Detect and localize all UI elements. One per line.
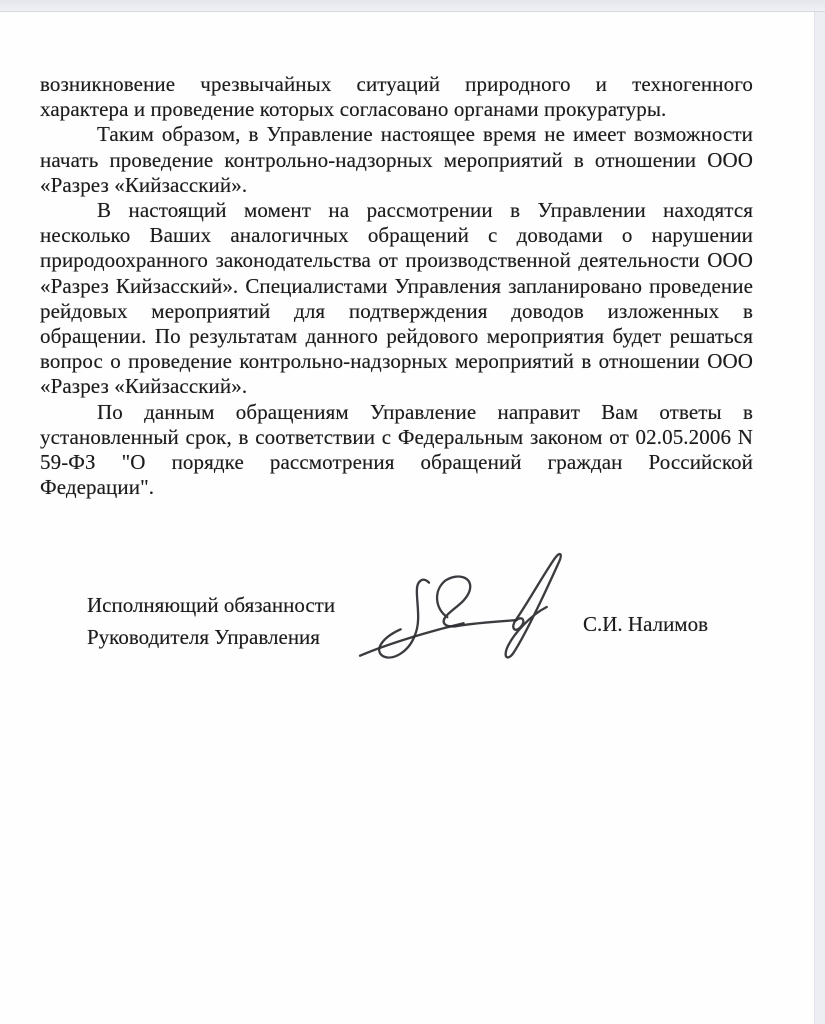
handwritten-signature-icon xyxy=(358,546,566,666)
text-line: Федерации". xyxy=(40,475,753,500)
text-line: В настоящий момент на рассмотрении в Упр… xyxy=(40,198,753,223)
scanned-letter-page: возникновение чрезвычайных ситуаций прир… xyxy=(0,0,825,1024)
signer-title-block: Исполняющий обязанности Руководителя Упр… xyxy=(87,589,335,653)
letter-body-text: возникновение чрезвычайных ситуаций прир… xyxy=(40,72,753,500)
signer-title-line1: Исполняющий обязанности xyxy=(87,589,335,621)
text-line: природоохранного законодательства от про… xyxy=(40,248,753,273)
text-line: По данным обращениям Управление направит… xyxy=(40,400,753,425)
scan-edge-top xyxy=(0,0,825,12)
text-line: «Разрез «Кийзасский». xyxy=(40,173,753,198)
text-line: вопрос о проведение контрольно-надзорных… xyxy=(40,349,753,374)
signer-title-line2: Руководителя Управления xyxy=(87,621,335,653)
text-line: рейдовых мероприятий для подтверждения д… xyxy=(40,299,753,324)
text-line: «Разрез «Кийзасский». xyxy=(40,374,753,399)
text-line: обращении. По результатам данного рейдов… xyxy=(40,324,753,349)
text-line: 59-ФЗ "О порядке рассмотрения обращений … xyxy=(40,450,753,475)
text-line: Таким образом, в Управление настоящее вр… xyxy=(40,122,753,147)
text-line: начать проведение контрольно-надзорных м… xyxy=(40,148,753,173)
scan-edge-right xyxy=(814,0,825,1024)
document-sheet: возникновение чрезвычайных ситуаций прир… xyxy=(0,12,814,1024)
signer-name: С.И. Налимов xyxy=(583,612,708,637)
text-line: «Разрез Кийзасский». Специалистами Управ… xyxy=(40,274,753,299)
text-line: установленный срок, в соответствии с Фед… xyxy=(40,425,753,450)
text-line: характера и проведение которых согласова… xyxy=(40,97,753,122)
text-line: возникновение чрезвычайных ситуаций прир… xyxy=(40,72,753,97)
text-line: несколько Ваших аналогичных обращений с … xyxy=(40,223,753,248)
